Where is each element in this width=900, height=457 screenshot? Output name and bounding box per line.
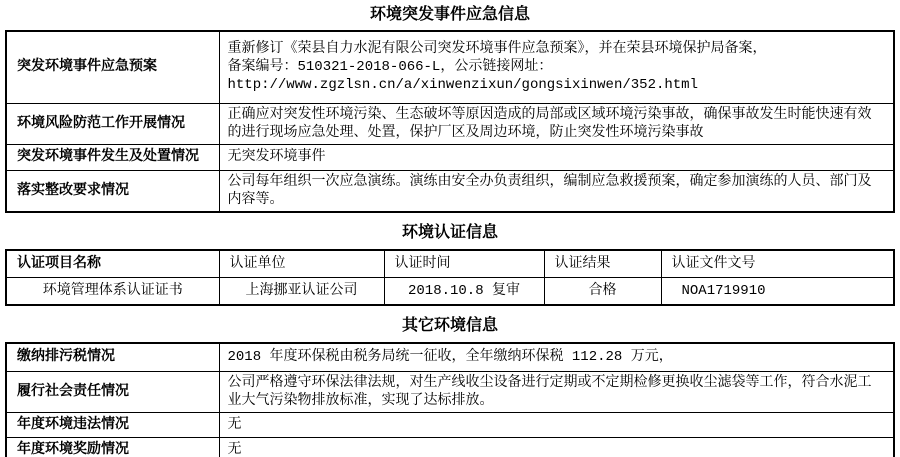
section-title-certification-info: 环境认证信息 <box>5 224 895 242</box>
row-value-pollution-tax: 2018 年度环保税由税务局统一征收，全年缴纳环保税 112.28 万元， <box>219 343 894 372</box>
table-row: 履行社会责任情况 公司严格遵守环保法律法规，对生产线收尘设备进行定期或不定期检修… <box>6 372 894 413</box>
table-row: 落实整改要求情况 公司每年组织一次应急演练。演练由安全办负责组织，编制应急救援预… <box>6 170 894 212</box>
data-cell-cert-doc-number: NOA1719910 <box>661 278 894 305</box>
row-label-incident-handling: 突发环境事件发生及处置情况 <box>6 144 219 170</box>
other-info-table: 缴纳排污税情况 2018 年度环保税由税务局统一征收，全年缴纳环保税 112.2… <box>5 342 895 457</box>
section-title-emergency-info: 环境突发事件应急信息 <box>5 6 895 24</box>
row-label-emergency-plan: 突发环境事件应急预案 <box>6 31 219 103</box>
header-cell-cert-result: 认证结果 <box>544 250 661 278</box>
table-row: 年度环境奖励情况 无 <box>6 438 894 457</box>
data-cell-cert-unit: 上海挪亚认证公司 <box>219 278 384 305</box>
table-row: 突发环境事件发生及处置情况 无突发环境事件 <box>6 144 894 170</box>
table-row: 环境管理体系认证证书 上海挪亚认证公司 2018.10.8 复审 合格 NOA1… <box>6 278 894 305</box>
data-cell-project-name: 环境管理体系认证证书 <box>6 278 219 305</box>
header-cell-cert-time: 认证时间 <box>384 250 544 278</box>
header-cell-project-name: 认证项目名称 <box>6 250 219 278</box>
document-page: 环境突发事件应急信息 突发环境事件应急预案 重新修订《荣县自力水泥有限公司突发环… <box>0 6 900 457</box>
row-value-emergency-plan: 重新修订《荣县自力水泥有限公司突发环境事件应急预案》，并在荣县环境保护局备案， … <box>219 31 894 103</box>
row-value-incident-handling: 无突发环境事件 <box>219 144 894 170</box>
row-value-social-responsibility: 公司严格遵守环保法律法规，对生产线收尘设备进行定期或不定期检修更换收尘滤袋等工作… <box>219 372 894 413</box>
header-cell-cert-unit: 认证单位 <box>219 250 384 278</box>
table-row: 年度环境违法情况 无 <box>6 413 894 438</box>
row-value-rectification: 公司每年组织一次应急演练。演练由安全办负责组织，编制应急救援预案，确定参加演练的… <box>219 170 894 212</box>
emergency-info-table: 突发环境事件应急预案 重新修订《荣县自力水泥有限公司突发环境事件应急预案》，并在… <box>5 30 895 213</box>
row-label-annual-violation: 年度环境违法情况 <box>6 413 219 438</box>
row-label-rectification: 落实整改要求情况 <box>6 170 219 212</box>
row-label-annual-award: 年度环境奖励情况 <box>6 438 219 457</box>
row-value-annual-award: 无 <box>219 438 894 457</box>
section-title-other-info: 其它环境信息 <box>5 317 895 335</box>
data-cell-cert-result: 合格 <box>544 278 661 305</box>
table-row: 突发环境事件应急预案 重新修订《荣县自力水泥有限公司突发环境事件应急预案》，并在… <box>6 31 894 103</box>
row-value-risk-prevention: 正确应对突发性环境污染、生态破坏等原因造成的局部或区域环境污染事故，确保事故发生… <box>219 103 894 144</box>
row-label-pollution-tax: 缴纳排污税情况 <box>6 343 219 372</box>
row-label-social-responsibility: 履行社会责任情况 <box>6 372 219 413</box>
header-cell-cert-doc-number: 认证文件文号 <box>661 250 894 278</box>
data-cell-cert-time: 2018.10.8 复审 <box>384 278 544 305</box>
table-header-row: 认证项目名称 认证单位 认证时间 认证结果 认证文件文号 <box>6 250 894 278</box>
row-value-annual-violation: 无 <box>219 413 894 438</box>
table-row: 环境风险防范工作开展情况 正确应对突发性环境污染、生态破坏等原因造成的局部或区域… <box>6 103 894 144</box>
row-label-risk-prevention: 环境风险防范工作开展情况 <box>6 103 219 144</box>
certification-table: 认证项目名称 认证单位 认证时间 认证结果 认证文件文号 环境管理体系认证证书 … <box>5 249 895 306</box>
table-row: 缴纳排污税情况 2018 年度环保税由税务局统一征收，全年缴纳环保税 112.2… <box>6 343 894 372</box>
